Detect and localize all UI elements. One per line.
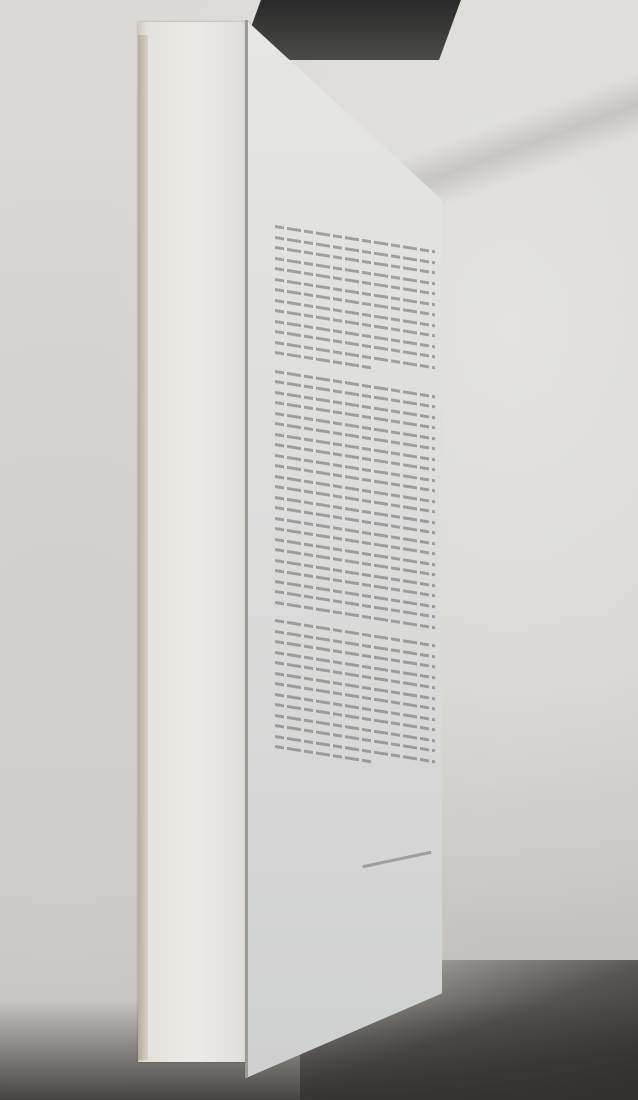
photo-scene <box>0 0 638 1100</box>
book-spine-edge <box>138 35 148 1060</box>
book-spine <box>138 22 250 1062</box>
back-cover-blurb <box>275 225 435 840</box>
book-cover-edge <box>245 20 248 1078</box>
